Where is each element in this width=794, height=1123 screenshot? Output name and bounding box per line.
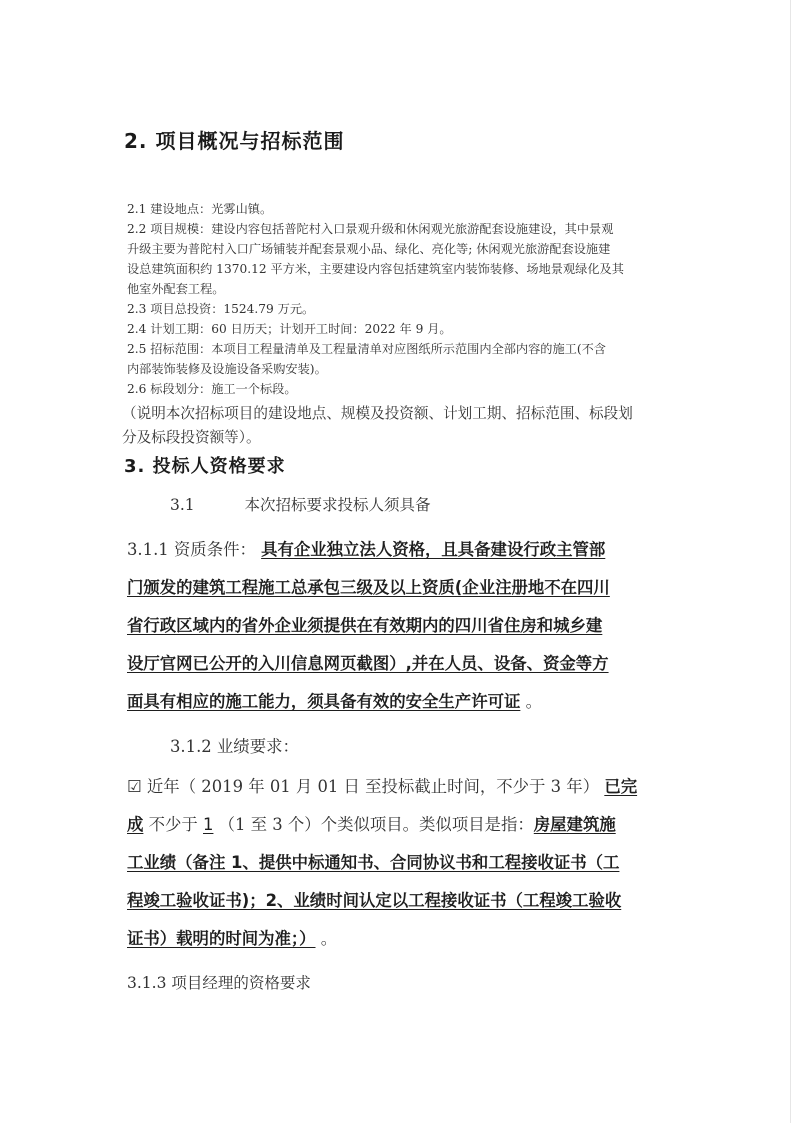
item-3-1-3: 3.1.3 项目经理的资格要求 <box>127 971 311 995</box>
min-project-count: 1 <box>203 815 213 834</box>
document-page: 2. 项目概况与招标范围 2.1 建设地点：光雾山镇。 2.2 项目规模：建设内… <box>0 0 794 1123</box>
qualification-line3: 省行政区域内的省外企业须提供在有效期内的四川省住房和城乡建 <box>127 616 602 635</box>
section-3-heading: 3. 投标人资格要求 <box>124 452 286 478</box>
project-type-part1: 房屋建筑施 <box>534 815 616 834</box>
item-2-1: 2.1 建设地点：光雾山镇。 <box>127 199 675 219</box>
item-3-1-1: 3.1.1 资质条件： 具有企业独立法人资格，且具备建设行政主管部 门颁发的建筑… <box>127 531 677 721</box>
item-2-6: 2.6 标段划分：施工一个标段。 <box>127 379 675 399</box>
item-2-2-line4: 他室外配套工程。 <box>127 279 675 299</box>
item-2-3: 2.3 项目总投资：1524.79 万元。 <box>127 299 675 319</box>
item-3-1-number: 3.1 <box>170 496 195 514</box>
item-2-2-line1: 2.2 项目规模：建设内容包括普陀村入口景观升级和休闲观光旅游配套设施建设，其中… <box>127 219 675 239</box>
completed-label-part1: 已完 <box>604 777 637 796</box>
performance-note-line2: 程竣工验收证书)；2、业绩时间认定以工程接收证书（工程竣工验收 <box>127 891 621 910</box>
performance-end: 。 <box>316 929 338 948</box>
section-2-body: 2.1 建设地点：光雾山镇。 2.2 项目规模：建设内容包括普陀村入口景观升级和… <box>127 199 675 399</box>
qualification-line2: 门颁发的建筑工程施工总承包三级及以上资质(企业注册地不在四川 <box>127 578 610 597</box>
item-3-1-2: ☑ 近年（ 2019 年 01 月 01 日 至投标截止时间，不少于 3 年） … <box>127 768 677 958</box>
checkbox-checked-icon[interactable]: ☑ <box>127 777 142 796</box>
item-3-1-1-label: 3.1.1 资质条件： <box>127 540 256 559</box>
note-line1: （说明本次招标项目的建设地点、规模及投资额、计划工期、招标范围、标段划 <box>122 402 682 426</box>
qualification-line4: 设厅官网已公开的入川信息网页截图）,并在人员、设备、资金等方 <box>127 654 609 673</box>
performance-period: 近年（ 2019 年 01 月 01 日 至投标截止时间，不少于 3 年） <box>142 777 599 796</box>
section-2-heading: 2. 项目概况与招标范围 <box>124 125 344 154</box>
note-line2: 分及标段投资额等）。 <box>122 426 682 450</box>
similar-project-text: （1 至 3 个）个类似项目。类似项目是指： <box>213 815 533 834</box>
performance-note-line1: 工业绩（备注 1、提供中标通知书、合同协议书和工程接收证书（工 <box>127 853 619 872</box>
qualification-line5: 面具有相应的施工能力，须具备有效的安全生产许可证 <box>127 692 520 711</box>
item-3-1: 3.1 本次招标要求投标人须具备 <box>170 493 431 517</box>
item-2-4: 2.4 计划工期：60 日历天；计划开工时间：2022 年 9 月。 <box>127 319 675 339</box>
performance-note-line3: 证书）载明的时间为准；） <box>127 929 316 948</box>
item-2-2-line3: 设总建筑面积约 1370.12 平方米，主要建设内容包括建筑室内装饰装修、场地景… <box>127 259 675 279</box>
item-3-1-text: 本次招标要求投标人须具备 <box>245 496 431 514</box>
min-count-label: 不少于 <box>143 815 197 834</box>
completed-label-part2: 成 <box>127 815 143 834</box>
item-3-1-2-label: 3.1.2 业绩要求： <box>170 728 299 766</box>
item-2-5-line1: 2.5 招标范围：本项目工程量清单及工程量清单对应图纸所示范围内全部内容的施工(… <box>127 339 675 359</box>
section-2-note: （说明本次招标项目的建设地点、规模及投资额、计划工期、招标范围、标段划 分及标段… <box>122 402 682 450</box>
item-2-5-line2: 内部装饰装修及设施设备采购安装)。 <box>127 359 675 379</box>
qualification-end: 。 <box>520 692 542 711</box>
qualification-line1: 具有企业独立法人资格，且具备建设行政主管部 <box>261 540 605 559</box>
item-2-2-line2: 升级主要为普陀村入口广场铺装并配套景观小品、绿化、亮化等; 休闲观光旅游配套设施… <box>127 239 675 259</box>
